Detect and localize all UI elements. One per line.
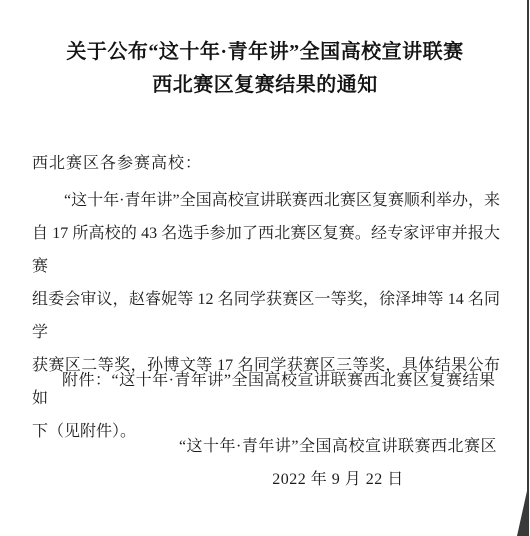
body-line: 组委会审议，赵睿妮等 12 名同学获赛区一等奖，徐泽坤等 14 名同学 (32, 283, 500, 349)
salutation: 西北赛区各参赛高校： (32, 150, 202, 173)
body-line: 自 17 所高校的 43 名选手参加了西北赛区复赛。经专家评审并报大赛 (32, 217, 500, 283)
scan-edge-line (527, 0, 530, 536)
signer-name: “这十年·青年讲”全国高校宣讲联赛西北赛区 (179, 430, 497, 463)
notice-title: 关于公布“这十年·青年讲”全国高校宣讲联赛 西北赛区复赛结果的通知 (0, 36, 530, 102)
title-line-2: 西北赛区复赛结果的通知 (0, 69, 530, 102)
date-line: 2022 年 9 月 22 日 (179, 463, 497, 496)
title-line-1: 关于公布“这十年·青年讲”全国高校宣讲联赛 (0, 36, 530, 69)
scanned-notice-page: 关于公布“这十年·青年讲”全国高校宣讲联赛 西北赛区复赛结果的通知 西北赛区各参… (0, 0, 530, 536)
body-line: “这十年·青年讲”全国高校宣讲联赛西北赛区复赛顺利举办，来 (32, 184, 500, 217)
signature-block: “这十年·青年讲”全国高校宣讲联赛西北赛区 2022 年 9 月 22 日 (179, 430, 497, 496)
attachment-line: 附件：“这十年·青年讲”全国高校宣讲联赛西北赛区复赛结果 (62, 367, 496, 390)
body-paragraph: “这十年·青年讲”全国高校宣讲联赛西北赛区复赛顺利举办，来 自 17 所高校的 … (32, 184, 500, 448)
scan-corner-wedge (517, 482, 529, 536)
